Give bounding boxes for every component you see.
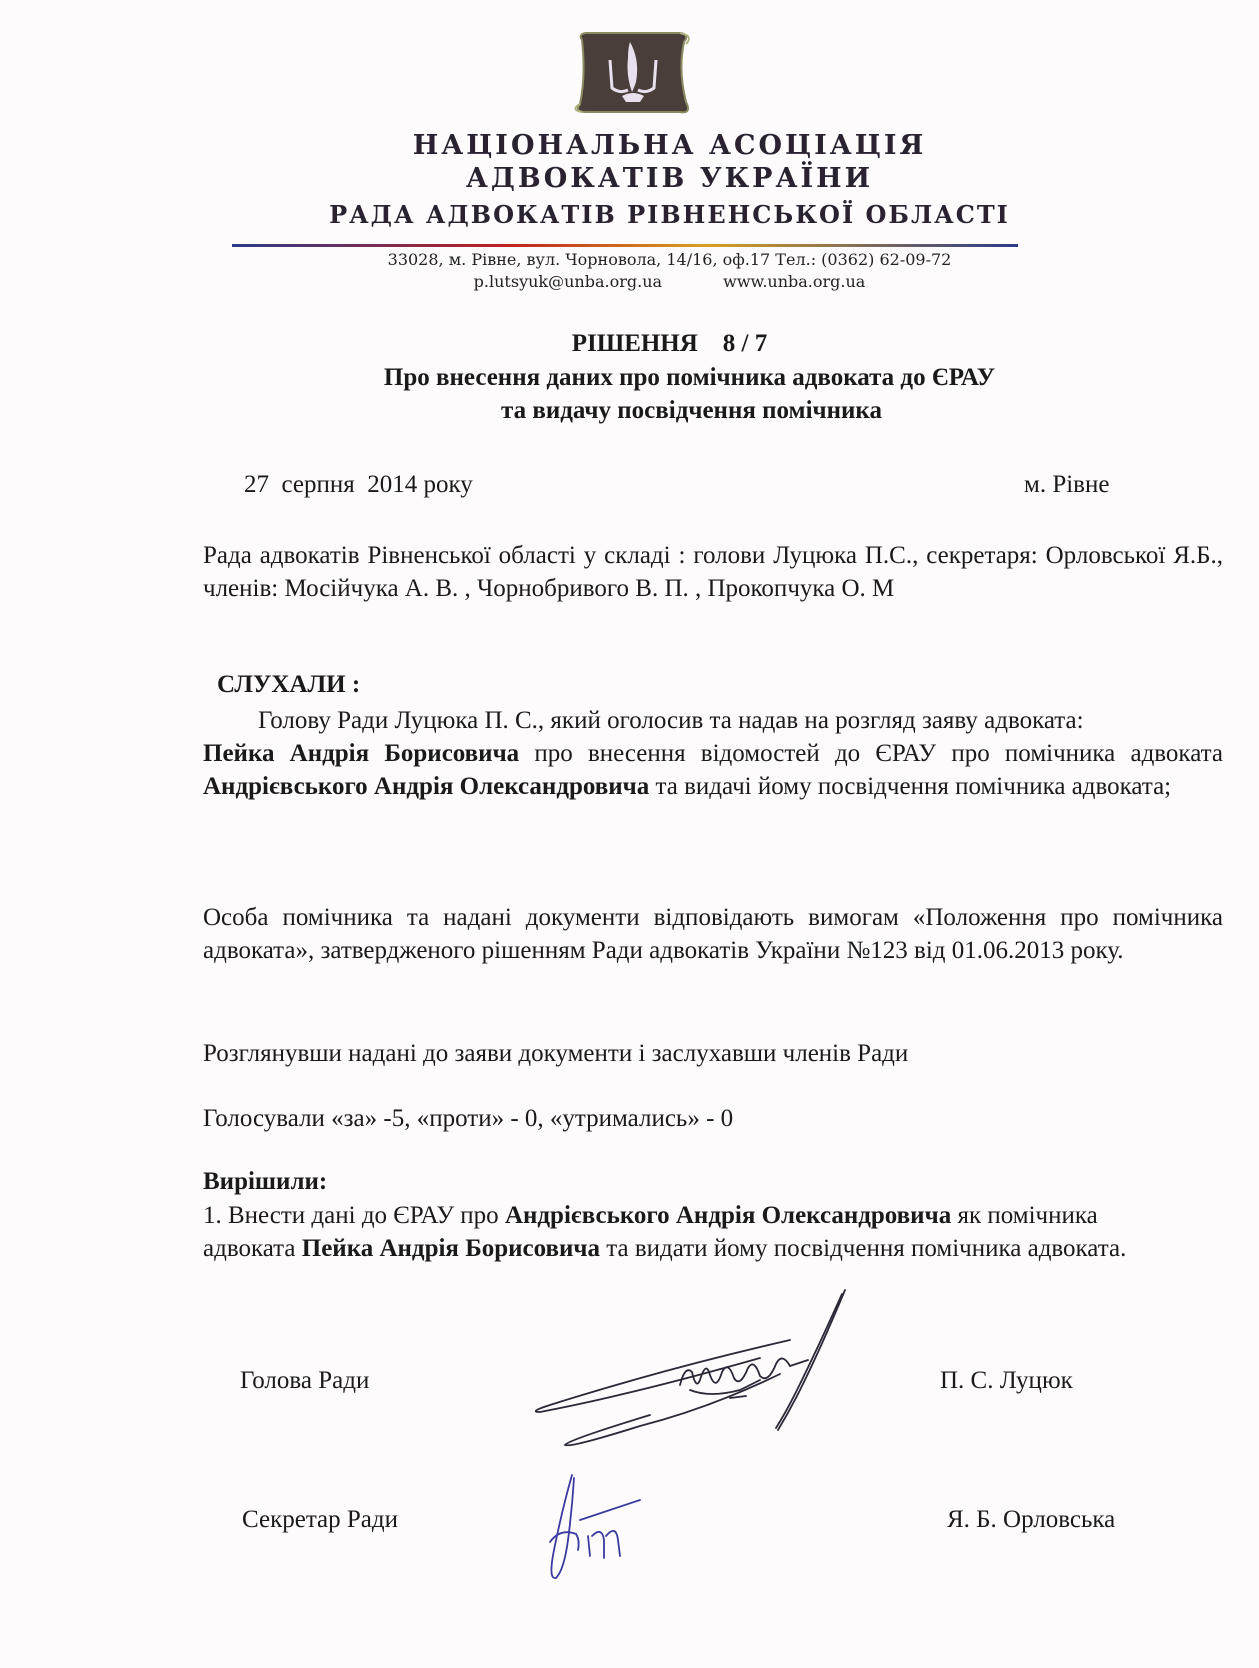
- decision-text-end: та видати йому посвідчення помічника адв…: [600, 1235, 1126, 1262]
- decision-subject-line2: та видачу посвідчення помічника: [62, 397, 1259, 425]
- org-name-line1: НАЦІОНАЛЬНА АСОЦІАЦІЯ: [40, 130, 1259, 161]
- council-composition: Рада адвокатів Рівненської області у скл…: [203, 539, 1223, 605]
- org-name-line2: АДВОКАТІВ УКРАЇНИ: [40, 163, 1259, 194]
- chair-signature: [510, 1280, 870, 1470]
- org-contacts: p.lutsyuk@unba.org.ua www.unba.org.ua: [40, 272, 1259, 291]
- decided-heading: Вирішили:: [203, 1168, 327, 1196]
- decision-item-1: 1. Внести дані до ЄРАУ про Андрієвського…: [203, 1199, 1168, 1265]
- secretary-signature: [540, 1470, 680, 1590]
- org-address: 33028, м. Рівне, вул. Чорновола, 14/16, …: [40, 250, 1259, 269]
- secretary-role-label: Секретар Ради: [242, 1506, 398, 1534]
- decision-date: 27 серпня 2014 року: [244, 471, 473, 499]
- heard-heading: СЛУХАЛИ :: [217, 671, 360, 699]
- org-email[interactable]: p.lutsyuk@unba.org.ua: [474, 272, 662, 291]
- org-subdivision: РАДА АДВОКАТІВ РІВНЕНСЬКОЇ ОБЛАСТІ: [40, 200, 1259, 229]
- logo-emblem-icon: [568, 30, 696, 116]
- assistant-name: Андрієвського Андрія Олександровича: [203, 773, 649, 800]
- secretary-name: Я. Б. Орловська: [947, 1506, 1115, 1534]
- heard-text-middle: про внесення відомостей до ЄРАУ про помі…: [519, 740, 1223, 767]
- decision-assistant-name: Андрієвського Андрія Олександровича: [505, 1202, 951, 1229]
- letterhead-divider: [232, 244, 1018, 247]
- decision-city: м. Рівне: [1024, 471, 1109, 499]
- decision-title: РІШЕННЯ 8 / 7: [40, 330, 1259, 358]
- chair-role-label: Голова Ради: [240, 1367, 369, 1395]
- decision-advocate-name: Пейка Андрія Борисовича: [302, 1235, 600, 1262]
- heard-text-intro: Голову Ради Луцюка П. С., який оголосив …: [258, 707, 1084, 734]
- org-website[interactable]: www.unba.org.ua: [723, 272, 865, 291]
- heard-paragraph: Голову Ради Луцюка П. С., який оголосив …: [203, 704, 1223, 803]
- vote-results: Голосували «за» -5, «проти» - 0, «утрима…: [203, 1102, 1223, 1135]
- decision-subject-line1: Про внесення даних про помічника адвокат…: [60, 364, 1259, 392]
- chair-name: П. С. Луцюк: [940, 1367, 1073, 1395]
- considered-paragraph: Розглянувши надані до заяви документи і …: [203, 1037, 1223, 1070]
- heard-text-end: та видачі йому посвідчення помічника адв…: [649, 773, 1171, 800]
- applicant-name: Пейка Андрія Борисовича: [203, 740, 519, 767]
- decision-text-start: 1. Внести дані до ЄРАУ про: [203, 1202, 505, 1229]
- conformity-paragraph: Особа помічника та надані документи відп…: [203, 901, 1223, 967]
